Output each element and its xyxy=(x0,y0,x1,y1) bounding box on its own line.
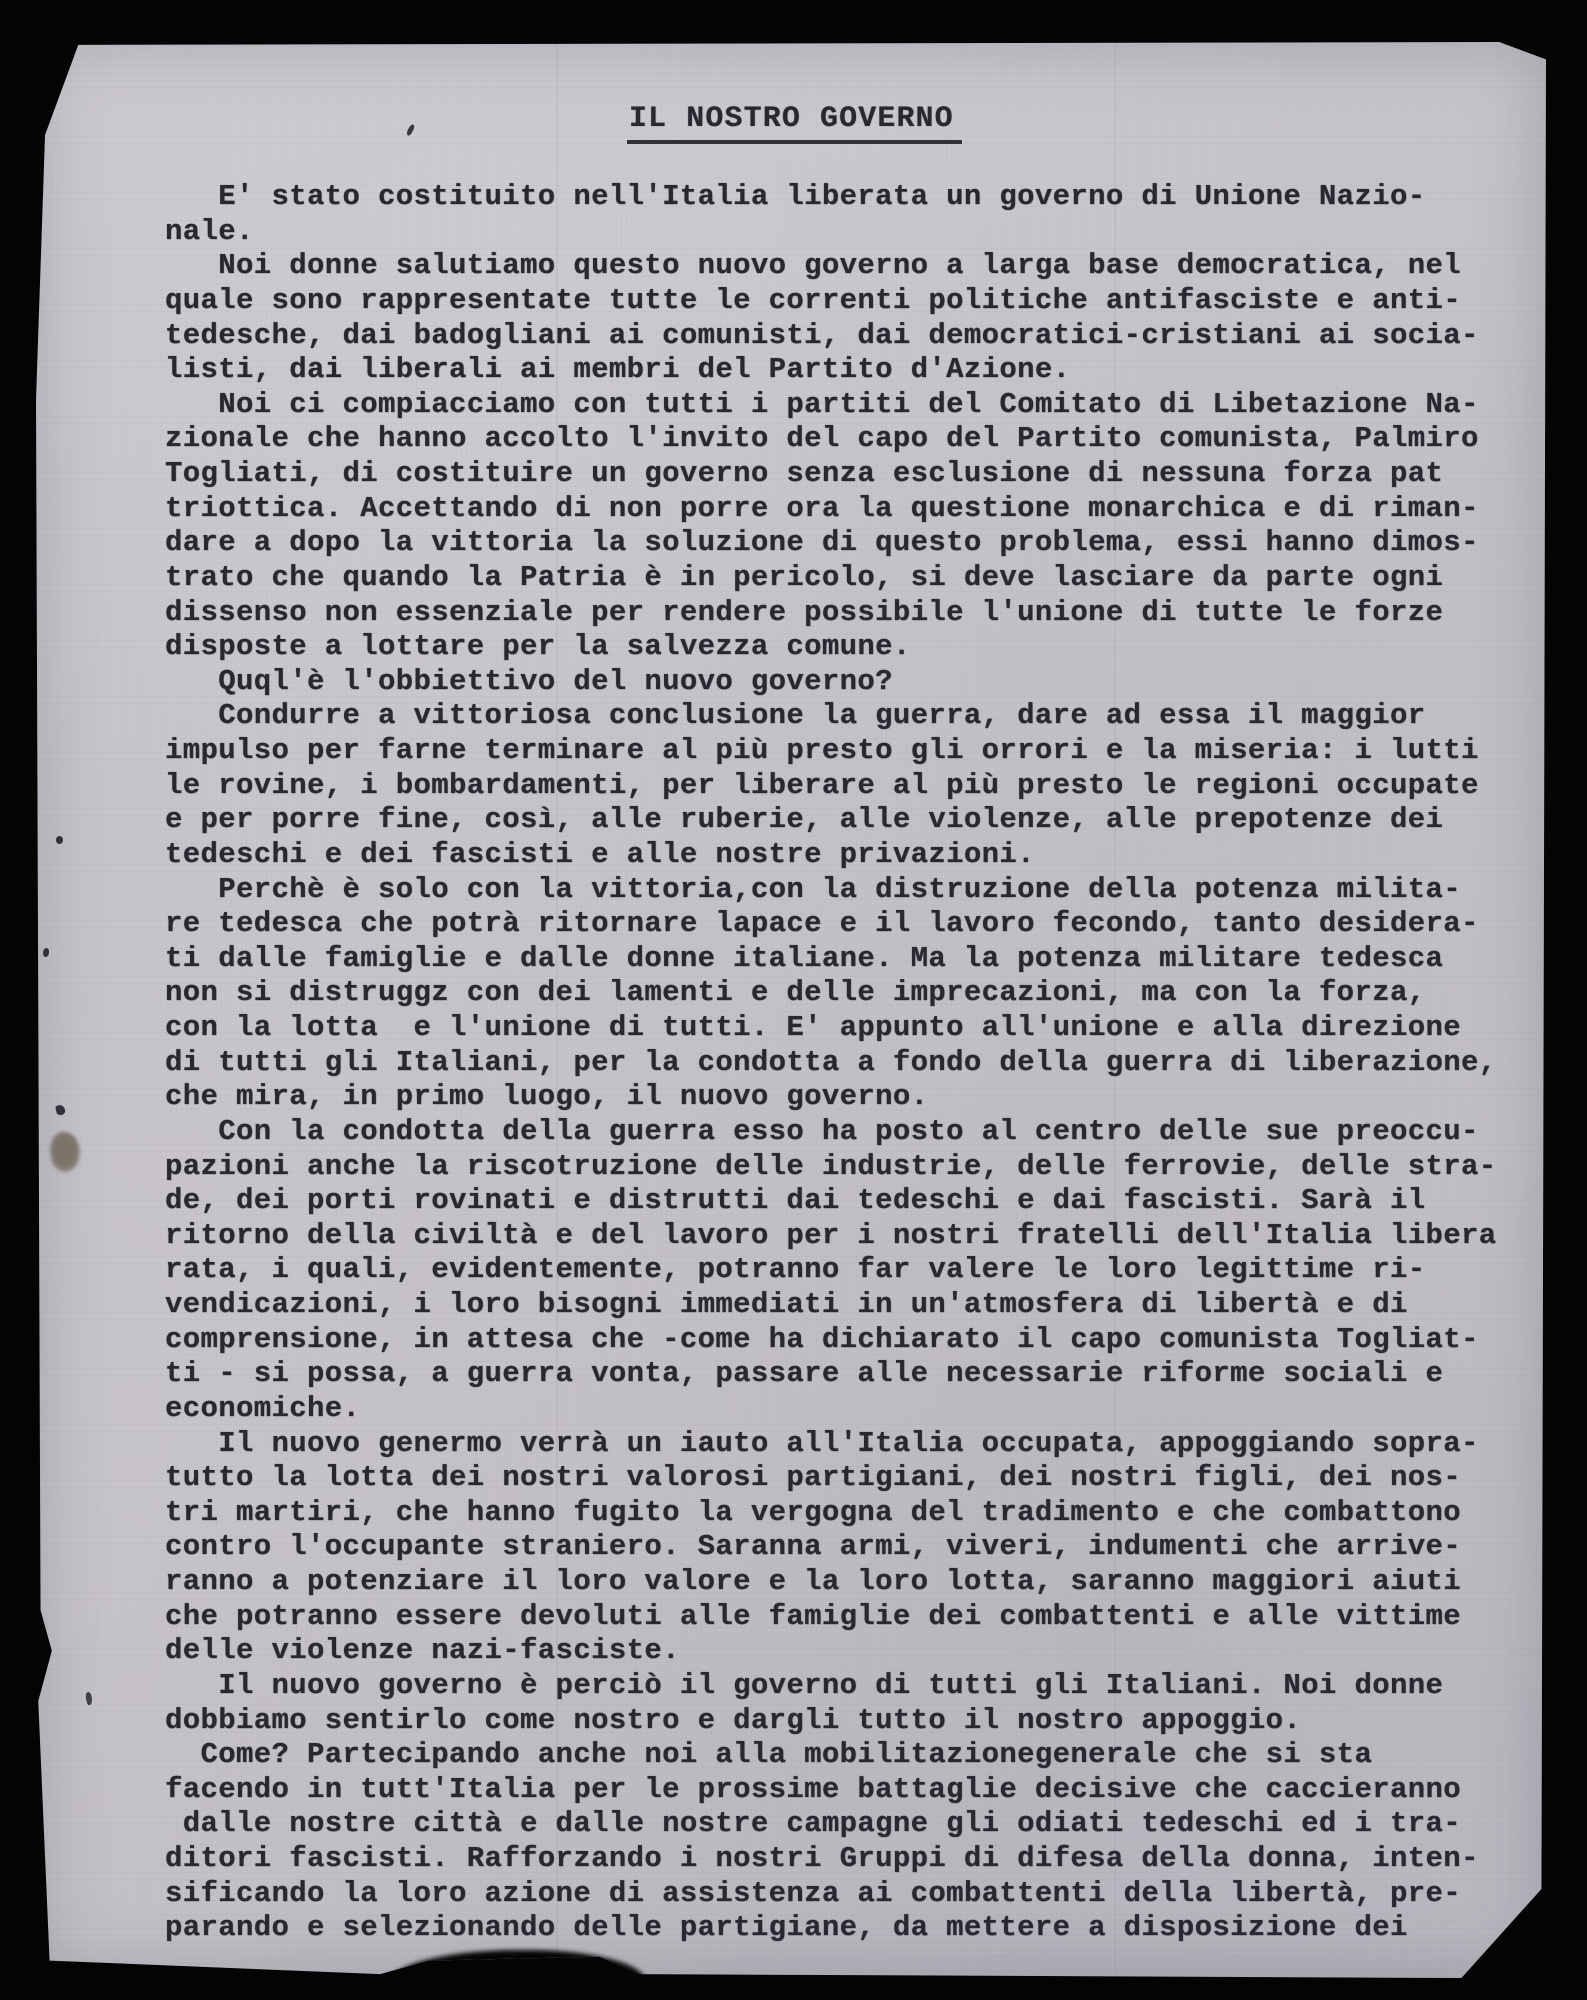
text-line: E' stato costituito nell'Italia liberata… xyxy=(165,180,1535,215)
text-line: contro l'occupante straniero. Saranna ar… xyxy=(165,1530,1535,1565)
text-line: zionale che hanno accolto l'invito del c… xyxy=(165,422,1535,457)
text-line: ranno a potenziare il loro valore e la l… xyxy=(165,1565,1535,1600)
text-line: sificando la loro azione di assistenza a… xyxy=(165,1877,1535,1912)
text-line: dissenso non essenziale per rendere poss… xyxy=(165,596,1535,631)
text-line: di tutti gli Italiani, per la condotta a… xyxy=(165,1046,1535,1081)
text-line: trato che quando la Patria è in pericolo… xyxy=(165,561,1535,596)
text-line: tutto la lotta dei nostri valorosi parti… xyxy=(165,1461,1535,1496)
ink-speck xyxy=(56,836,63,844)
text-line: Noi donne salutiamo questo nuovo governo… xyxy=(165,249,1535,284)
text-line: Il nuovo genermo verrà un iauto all'Ital… xyxy=(165,1427,1535,1462)
text-line: le rovine, i bombardamenti, per liberare… xyxy=(165,769,1535,804)
text-line: ritorno della civiltà e del lavoro per i… xyxy=(165,1219,1535,1254)
ink-speck xyxy=(85,1691,94,1705)
text-line: non si distruggz con dei lamenti e delle… xyxy=(165,976,1535,1011)
text-line: economiche. xyxy=(165,1392,1535,1427)
document-title: IL NOSTRO GOVERNO xyxy=(627,104,962,144)
ink-speck xyxy=(43,948,49,957)
text-line: Quql'è l'obbiettivo del nuovo governo? xyxy=(165,665,1535,700)
text-line: tedeschi e dei fascisti e alle nostre pr… xyxy=(165,838,1535,873)
text-line: ti dalle famiglie e dalle donne italiane… xyxy=(165,942,1535,977)
text-line: vendicazioni, i loro bisogni immediati i… xyxy=(165,1288,1535,1323)
text-line: ti - si possa, a guerra vonta, passare a… xyxy=(165,1357,1535,1392)
paper-sheet: IL NOSTRO GOVERNO E' stato costituito ne… xyxy=(36,42,1546,1978)
text-line: parando e selezionando delle partigiane,… xyxy=(165,1911,1535,1946)
torn-edge-smudge xyxy=(386,1950,646,1990)
text-line: de, dei porti rovinati e distrutti dai t… xyxy=(165,1184,1535,1219)
text-line: dobbiamo sentirlo come nostro e dargli t… xyxy=(165,1704,1535,1739)
text-line: delle violenze nazi-fasciste. xyxy=(165,1634,1535,1669)
text-line: Perchè è solo con la vittoria,con la dis… xyxy=(165,873,1535,908)
stain-mark xyxy=(50,1132,80,1172)
text-line: dare a dopo la vittoria la soluzione di … xyxy=(165,526,1535,561)
text-line: nale. xyxy=(165,215,1535,250)
scan-background: IL NOSTRO GOVERNO E' stato costituito ne… xyxy=(0,0,1587,2000)
text-line: Togliati, di costituire un governo senza… xyxy=(165,457,1535,492)
text-line: ditori fascisti. Rafforzando i nostri Gr… xyxy=(165,1842,1535,1877)
text-line: Il nuovo governo è perciò il governo di … xyxy=(165,1669,1535,1704)
text-line: Come? Partecipando anche noi alla mobili… xyxy=(165,1738,1535,1773)
text-line: listi, dai liberali ai membri del Partit… xyxy=(165,353,1535,388)
text-line: e per porre fine, così, alle ruberie, al… xyxy=(165,803,1535,838)
ink-speck xyxy=(55,1104,66,1116)
text-line: tri martiri, che hanno fugito la vergogn… xyxy=(165,1496,1535,1531)
text-line: che mira, in primo luogo, il nuovo gover… xyxy=(165,1080,1535,1115)
text-line: comprensione, in attesa che -come ha dic… xyxy=(165,1323,1535,1358)
text-line: Noi ci compiacciamo con tutti i partiti … xyxy=(165,388,1535,423)
text-line: impulso per farne terminare al più prest… xyxy=(165,734,1535,769)
text-line: quale sono rappresentate tutte le corren… xyxy=(165,284,1535,319)
text-line: Con la condotta della guerra esso ha pos… xyxy=(165,1115,1535,1150)
text-line: che potranno essere devoluti alle famigl… xyxy=(165,1600,1535,1635)
text-line: Condurre a vittoriosa conclusione la gue… xyxy=(165,699,1535,734)
text-line: con la lotta e l'unione di tutti. E' app… xyxy=(165,1011,1535,1046)
text-line: re tedesca che potrà ritornare lapace e … xyxy=(165,907,1535,942)
text-line: facendo in tutt'Italia per le prossime b… xyxy=(165,1773,1535,1808)
text-line: pazioni anche la riscotruzione delle ind… xyxy=(165,1150,1535,1185)
document-body: E' stato costituito nell'Italia liberata… xyxy=(165,180,1535,1946)
text-line: rata, i quali, evidentemente, potranno f… xyxy=(165,1253,1535,1288)
document-content: IL NOSTRO GOVERNO E' stato costituito ne… xyxy=(165,42,1535,1946)
text-line: tedesche, dai badogliani ai comunisti, d… xyxy=(165,319,1535,354)
text-line: triottica. Accettando di non porre ora l… xyxy=(165,492,1535,527)
text-line: disposte a lottare per la salvezza comun… xyxy=(165,630,1535,665)
text-line: dalle nostre città e dalle nostre campag… xyxy=(165,1807,1535,1842)
